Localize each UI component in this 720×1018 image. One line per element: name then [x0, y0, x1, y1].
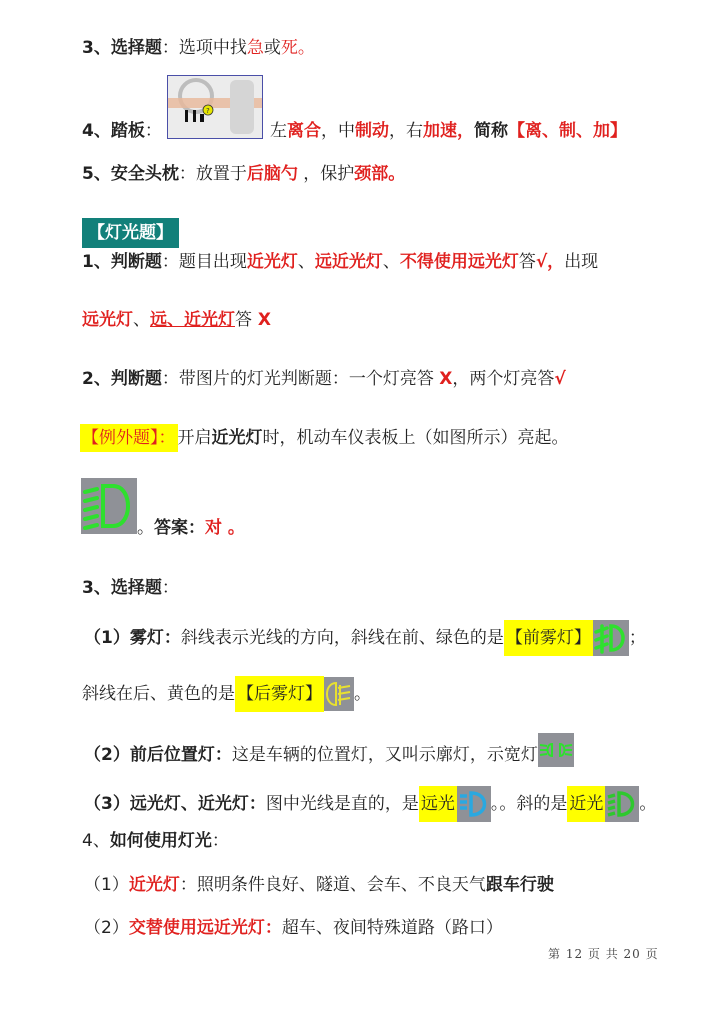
- q3-or: 或: [264, 38, 281, 58]
- j1-text: 题目出现: [179, 252, 247, 272]
- u1-text: 照明条件良好、隧道、会车、不良天气: [197, 875, 486, 895]
- cross-mark: X: [439, 369, 452, 389]
- use-heading: 4、如何使用灯光：: [82, 829, 229, 853]
- fog-line-1: （1）雾灯：斜线表示光线的方向，斜线在前、绿色的是【前雾灯】；: [84, 620, 646, 656]
- low-beam-icon: [605, 786, 639, 822]
- sep: 、: [298, 252, 315, 272]
- q5-text: 放置于: [196, 164, 247, 184]
- colon: ：: [162, 369, 179, 389]
- j2-line: 2、判断题：带图片的灯光判断题：一个灯亮答 X，两个灯亮答√: [82, 367, 566, 391]
- exception-label: 【例外题】：: [80, 424, 178, 452]
- colon: ：: [180, 875, 197, 895]
- q5-label: 5、安全头枕: [82, 164, 179, 184]
- low-beam-icon: [81, 478, 137, 534]
- q3-keyword-2: 死。: [281, 38, 315, 58]
- beam-text: 图中光线是直的，是: [266, 794, 419, 814]
- answer-line: 。答案：对 。: [137, 516, 245, 540]
- q5-position: 后脑勺: [247, 164, 298, 184]
- fog-label: （1）雾灯：: [84, 628, 181, 648]
- j2-mid: ，两个灯亮答: [452, 369, 554, 389]
- answer-value: 对 。: [205, 518, 245, 538]
- j1-line: 1、判断题：题目出现近光灯、远近光灯、不得使用远光灯答√，出现: [82, 250, 598, 274]
- page-number: 第 12 页 共 20 页: [548, 945, 659, 962]
- low-beam-label: 近光: [567, 786, 605, 822]
- check-mark: √: [554, 369, 565, 389]
- u1-label: 近光灯: [129, 875, 180, 895]
- beam-line: （3）远光灯、近光灯：图中光线是直的，是远光。。斜的是近光。: [84, 786, 656, 822]
- position-label: （2）前后位置灯：: [84, 745, 232, 765]
- exception-bold: 近光灯: [212, 428, 263, 448]
- u2-num: （2）: [84, 918, 129, 938]
- exception-text-1: 开启: [178, 428, 212, 448]
- colon: ：: [212, 831, 229, 851]
- j1-term-b: 远近光灯: [315, 252, 383, 272]
- u1-num: （1）: [84, 875, 129, 895]
- j1-l2-answer: 答: [235, 310, 252, 330]
- period: 。: [639, 794, 656, 814]
- fog-line-2: 斜线在后、黄色的是【后雾灯】。: [82, 676, 371, 712]
- j1-l2-term-b: 远、近光灯: [150, 310, 235, 330]
- j1-term-c: 不得使用远光灯: [400, 252, 519, 272]
- q4-clutch: 离合: [287, 121, 321, 141]
- answer-label: 答案：: [154, 518, 205, 538]
- use-item-1: （1）近光灯：照明条件良好、隧道、会车、不良天气跟车行驶: [84, 873, 554, 897]
- q4-brake: 制动: [355, 121, 389, 141]
- q3-label: 3、选择题: [82, 38, 162, 58]
- colon: ：: [145, 121, 162, 141]
- use-item-2: （2）交替使用远近光灯：超车、夜间特殊道路（路口）: [84, 916, 503, 940]
- svg-text:?: ?: [206, 107, 210, 115]
- position-line: （2）前后位置灯：这是车辆的位置灯，又叫示廓灯，示宽灯: [84, 733, 574, 767]
- j1-l2-term-a: 远光灯: [82, 310, 133, 330]
- q3-text: 选项中找: [179, 38, 247, 58]
- j1-label: 1、判断题: [82, 252, 162, 272]
- j2-label: 2、判断题: [82, 369, 162, 389]
- front-fog-label: 【前雾灯】: [504, 620, 593, 656]
- c3-line: 3、选择题：: [82, 576, 179, 600]
- rear-fog-icon: [324, 677, 354, 711]
- q4-abbr: 简称: [474, 121, 508, 141]
- q4-abbr-value: 【离、制、加】: [508, 121, 627, 141]
- u2-label: 交替使用远近光灯：: [129, 918, 282, 938]
- j1-term-a: 近光灯: [247, 252, 298, 272]
- period: 。: [137, 518, 154, 538]
- sep: 、: [133, 310, 150, 330]
- high-beam-label: 远光: [419, 786, 457, 822]
- q3-line: 3、选择题：选项中找急或死。: [82, 36, 315, 60]
- fog-text: 斜线表示光线的方向，斜线在前、绿色的是: [181, 628, 504, 648]
- position-light-icon: [538, 733, 574, 767]
- q5-neck: 颈部。: [354, 164, 405, 184]
- q4-label: 4、踏板: [82, 121, 145, 141]
- q4-content: 左离合，中制动，右加速，简称【离、制、加】: [270, 119, 627, 143]
- q4-line: 4、踏板：: [82, 119, 162, 143]
- semicolon: ；: [629, 628, 646, 648]
- cross-mark: X: [252, 310, 271, 330]
- q3-keyword-1: 急: [247, 38, 264, 58]
- q4-mid: ，中: [321, 121, 355, 141]
- u1-bold: 跟车行驶: [486, 875, 554, 895]
- front-fog-icon: [593, 620, 629, 656]
- j1-line-2: 远光灯、远、近光灯答 X: [82, 308, 271, 332]
- u2-text: 超车、夜间特殊道路（路口）: [282, 918, 503, 938]
- exception-line: 【例外题】：开启近光灯时，机动车仪表板上（如图所示）亮起。: [80, 426, 569, 450]
- position-text: 这是车辆的位置灯，又叫示廓灯，示宽灯: [232, 745, 538, 765]
- q4-left: 左: [270, 121, 287, 141]
- c3-label: 3、选择题: [82, 578, 162, 598]
- q4-accel: 加速，: [423, 121, 474, 141]
- q5-mid: ，保护: [298, 164, 354, 184]
- q5-line: 5、安全头枕：放置于后脑勺 ，保护颈部。: [82, 162, 405, 186]
- check-mark: √，: [536, 252, 564, 272]
- colon: ：: [162, 578, 179, 598]
- colon: ：: [162, 38, 179, 58]
- period: 。: [354, 684, 371, 704]
- beam-label: （3）远光灯、近光灯：: [84, 794, 266, 814]
- use-num: 4、: [82, 831, 110, 851]
- beam-mid: 。斜的是: [499, 794, 567, 814]
- q4-right: ，右: [389, 121, 423, 141]
- pedal-image: ?: [167, 75, 263, 139]
- light-section-tag: 【灯光题】: [82, 218, 179, 248]
- colon: ：: [162, 252, 179, 272]
- j1-tail: 出现: [564, 252, 598, 272]
- high-beam-icon: [457, 786, 491, 822]
- j2-text: 带图片的灯光判断题：一个灯亮答: [179, 369, 439, 389]
- exception-text-2: 时，机动车仪表板上（如图所示）亮起。: [263, 428, 569, 448]
- use-label: 如何使用灯光: [110, 831, 212, 851]
- fog-text-2: 斜线在后、黄色的是: [82, 684, 235, 704]
- j1-answer: 答: [519, 252, 536, 272]
- sep: 、: [383, 252, 400, 272]
- rear-fog-label: 【后雾灯】: [235, 676, 324, 712]
- colon: ：: [179, 164, 196, 184]
